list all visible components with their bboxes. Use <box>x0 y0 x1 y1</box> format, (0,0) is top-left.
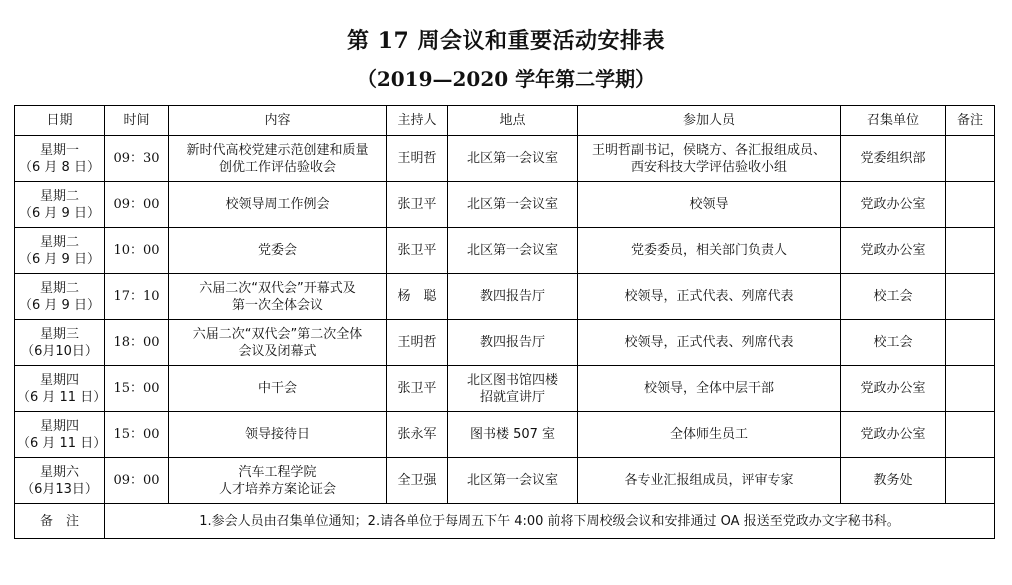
location-line: 北区图书馆四楼 <box>450 372 575 389</box>
cell-attendees: 校领导 <box>578 182 841 228</box>
cell-content: 六届二次“双代会”第二次全体会议及闭幕式 <box>169 320 387 366</box>
cell-note <box>946 182 995 228</box>
header-note: 备注 <box>946 106 995 136</box>
content-line: 汽车工程学院 <box>171 464 384 481</box>
location-line: 招就宣讲厅 <box>450 389 575 406</box>
cell-organizer: 党委组织部 <box>841 136 946 182</box>
cell-date: 星期二（6 月 9 日） <box>15 182 105 228</box>
schedule-table: 日期 时间 内容 主持人 地点 参加人员 召集单位 备注 星期一（6 月 8 日… <box>14 105 995 539</box>
cell-host: 张卫平 <box>387 366 448 412</box>
date: （6 月 11 日） <box>17 435 102 452</box>
cell-time: 18：00 <box>105 320 169 366</box>
location-line: 教四报告厅 <box>450 334 575 351</box>
attendees-line: 校领导，正式代表、列席代表 <box>580 334 838 351</box>
cell-date: 星期一（6 月 8 日） <box>15 136 105 182</box>
header-organizer: 召集单位 <box>841 106 946 136</box>
cell-attendees: 校领导，正式代表、列席代表 <box>578 320 841 366</box>
cell-organizer: 党政办公室 <box>841 366 946 412</box>
content-line: 校领导周工作例会 <box>171 196 384 213</box>
content-line: 创优工作评估验收会 <box>171 159 384 176</box>
header-location: 地点 <box>448 106 578 136</box>
location-line: 北区第一会议室 <box>450 196 575 213</box>
cell-host: 王明哲 <box>387 320 448 366</box>
cell-location: 北区第一会议室 <box>448 228 578 274</box>
cell-host: 全卫强 <box>387 458 448 504</box>
attendees-line: 校领导，正式代表、列席代表 <box>580 288 838 305</box>
document-title: 第 17 周会议和重要活动安排表 <box>0 26 1012 56</box>
cell-organizer: 党政办公室 <box>841 412 946 458</box>
table-row: 星期二（6 月 9 日）10：00党委会张卫平北区第一会议室党委委员，相关部门负… <box>15 228 995 274</box>
content-line: 党委会 <box>171 242 384 259</box>
cell-date: 星期四（6 月 11 日） <box>15 366 105 412</box>
cell-organizer: 党政办公室 <box>841 228 946 274</box>
attendees-line: 全体师生员工 <box>580 426 838 443</box>
cell-attendees: 校领导，全体中层干部 <box>578 366 841 412</box>
content-line: 领导接待日 <box>171 426 384 443</box>
content-line: 六届二次“双代会”开幕式及 <box>171 280 384 297</box>
content-line: 会议及闭幕式 <box>171 343 384 360</box>
cell-note <box>946 136 995 182</box>
header-row: 日期 时间 内容 主持人 地点 参加人员 召集单位 备注 <box>15 106 995 136</box>
cell-location: 教四报告厅 <box>448 320 578 366</box>
cell-attendees: 党委委员，相关部门负责人 <box>578 228 841 274</box>
cell-host: 张永军 <box>387 412 448 458</box>
cell-note <box>946 228 995 274</box>
cell-note <box>946 320 995 366</box>
date: （6 月 9 日） <box>17 297 102 314</box>
weekday: 星期二 <box>17 188 102 205</box>
cell-note <box>946 366 995 412</box>
document-subtitle: （2019—2020 学年第二学期） <box>0 64 1012 94</box>
cell-time: 15：00 <box>105 412 169 458</box>
remarks-text: 1.参会人员由召集单位通知；2.请各单位于每周五下午 4:00 前将下周校级会议… <box>105 504 995 539</box>
cell-content: 新时代高校党建示范创建和质量创优工作评估验收会 <box>169 136 387 182</box>
cell-attendees: 王明哲副书记，侯晓方、各汇报组成员、西安科技大学评估验收小组 <box>578 136 841 182</box>
remarks-label: 备 注 <box>15 504 105 539</box>
cell-host: 王明哲 <box>387 136 448 182</box>
weekday: 星期六 <box>17 464 102 481</box>
cell-time: 17：10 <box>105 274 169 320</box>
cell-organizer: 党政办公室 <box>841 182 946 228</box>
weekday: 星期三 <box>17 326 102 343</box>
cell-location: 北区图书馆四楼招就宣讲厅 <box>448 366 578 412</box>
cell-host: 张卫平 <box>387 182 448 228</box>
date: （6月10日） <box>17 343 102 360</box>
cell-note <box>946 412 995 458</box>
cell-attendees: 各专业汇报组成员，评审专家 <box>578 458 841 504</box>
cell-location: 图书楼 507 室 <box>448 412 578 458</box>
content-line: 六届二次“双代会”第二次全体 <box>171 326 384 343</box>
cell-date: 星期四（6 月 11 日） <box>15 412 105 458</box>
cell-date: 星期三（6月10日） <box>15 320 105 366</box>
table-row: 星期六（6月13日）09：00汽车工程学院人才培养方案论证会全卫强北区第一会议室… <box>15 458 995 504</box>
location-line: 教四报告厅 <box>450 288 575 305</box>
cell-time: 09：00 <box>105 182 169 228</box>
weekday: 星期四 <box>17 372 102 389</box>
date: （6 月 9 日） <box>17 251 102 268</box>
date: （6 月 9 日） <box>17 205 102 222</box>
table-body: 星期一（6 月 8 日）09：30新时代高校党建示范创建和质量创优工作评估验收会… <box>15 136 995 504</box>
cell-location: 北区第一会议室 <box>448 458 578 504</box>
table-row: 星期三（6月10日）18：00六届二次“双代会”第二次全体会议及闭幕式王明哲教四… <box>15 320 995 366</box>
cell-attendees: 全体师生员工 <box>578 412 841 458</box>
header-time: 时间 <box>105 106 169 136</box>
cell-location: 教四报告厅 <box>448 274 578 320</box>
cell-organizer: 教务处 <box>841 458 946 504</box>
cell-host: 张卫平 <box>387 228 448 274</box>
cell-date: 星期二（6 月 9 日） <box>15 274 105 320</box>
location-line: 图书楼 507 室 <box>450 426 575 443</box>
cell-time: 15：00 <box>105 366 169 412</box>
cell-note <box>946 274 995 320</box>
cell-location: 北区第一会议室 <box>448 136 578 182</box>
table-row: 星期一（6 月 8 日）09：30新时代高校党建示范创建和质量创优工作评估验收会… <box>15 136 995 182</box>
weekday: 星期一 <box>17 142 102 159</box>
cell-attendees: 校领导，正式代表、列席代表 <box>578 274 841 320</box>
date: （6月13日） <box>17 481 102 498</box>
cell-time: 09：00 <box>105 458 169 504</box>
header-attendees: 参加人员 <box>578 106 841 136</box>
table-row: 星期四（6 月 11 日）15：00中干会张卫平北区图书馆四楼招就宣讲厅校领导，… <box>15 366 995 412</box>
cell-content: 汽车工程学院人才培养方案论证会 <box>169 458 387 504</box>
cell-location: 北区第一会议室 <box>448 182 578 228</box>
content-line: 新时代高校党建示范创建和质量 <box>171 142 384 159</box>
cell-time: 09：30 <box>105 136 169 182</box>
header-host: 主持人 <box>387 106 448 136</box>
cell-date: 星期二（6 月 9 日） <box>15 228 105 274</box>
cell-note <box>946 458 995 504</box>
location-line: 北区第一会议室 <box>450 150 575 167</box>
cell-content: 校领导周工作例会 <box>169 182 387 228</box>
cell-content: 领导接待日 <box>169 412 387 458</box>
cell-organizer: 校工会 <box>841 320 946 366</box>
header-date: 日期 <box>15 106 105 136</box>
location-line: 北区第一会议室 <box>450 472 575 489</box>
location-line: 北区第一会议室 <box>450 242 575 259</box>
cell-content: 中干会 <box>169 366 387 412</box>
attendees-line: 党委委员，相关部门负责人 <box>580 242 838 259</box>
cell-time: 10：00 <box>105 228 169 274</box>
remarks-row: 备 注 1.参会人员由召集单位通知；2.请各单位于每周五下午 4:00 前将下周… <box>15 504 995 539</box>
weekday: 星期二 <box>17 234 102 251</box>
attendees-line: 校领导 <box>580 196 838 213</box>
table-row: 星期二（6 月 9 日）17：10六届二次“双代会”开幕式及第一次全体会议杨 聪… <box>15 274 995 320</box>
content-line: 第一次全体会议 <box>171 297 384 314</box>
date: （6 月 8 日） <box>17 159 102 176</box>
weekday: 星期四 <box>17 418 102 435</box>
attendees-line: 王明哲副书记，侯晓方、各汇报组成员、 <box>580 142 838 159</box>
content-line: 人才培养方案论证会 <box>171 481 384 498</box>
table-row: 星期四（6 月 11 日）15：00领导接待日张永军图书楼 507 室全体师生员… <box>15 412 995 458</box>
table-row: 星期二（6 月 9 日）09：00校领导周工作例会张卫平北区第一会议室校领导党政… <box>15 182 995 228</box>
weekday: 星期二 <box>17 280 102 297</box>
cell-date: 星期六（6月13日） <box>15 458 105 504</box>
cell-content: 党委会 <box>169 228 387 274</box>
attendees-line: 西安科技大学评估验收小组 <box>580 159 838 176</box>
cell-organizer: 校工会 <box>841 274 946 320</box>
header-content: 内容 <box>169 106 387 136</box>
cell-host: 杨 聪 <box>387 274 448 320</box>
date: （6 月 11 日） <box>17 389 102 406</box>
attendees-line: 各专业汇报组成员，评审专家 <box>580 472 838 489</box>
cell-content: 六届二次“双代会”开幕式及第一次全体会议 <box>169 274 387 320</box>
attendees-line: 校领导，全体中层干部 <box>580 380 838 397</box>
content-line: 中干会 <box>171 380 384 397</box>
